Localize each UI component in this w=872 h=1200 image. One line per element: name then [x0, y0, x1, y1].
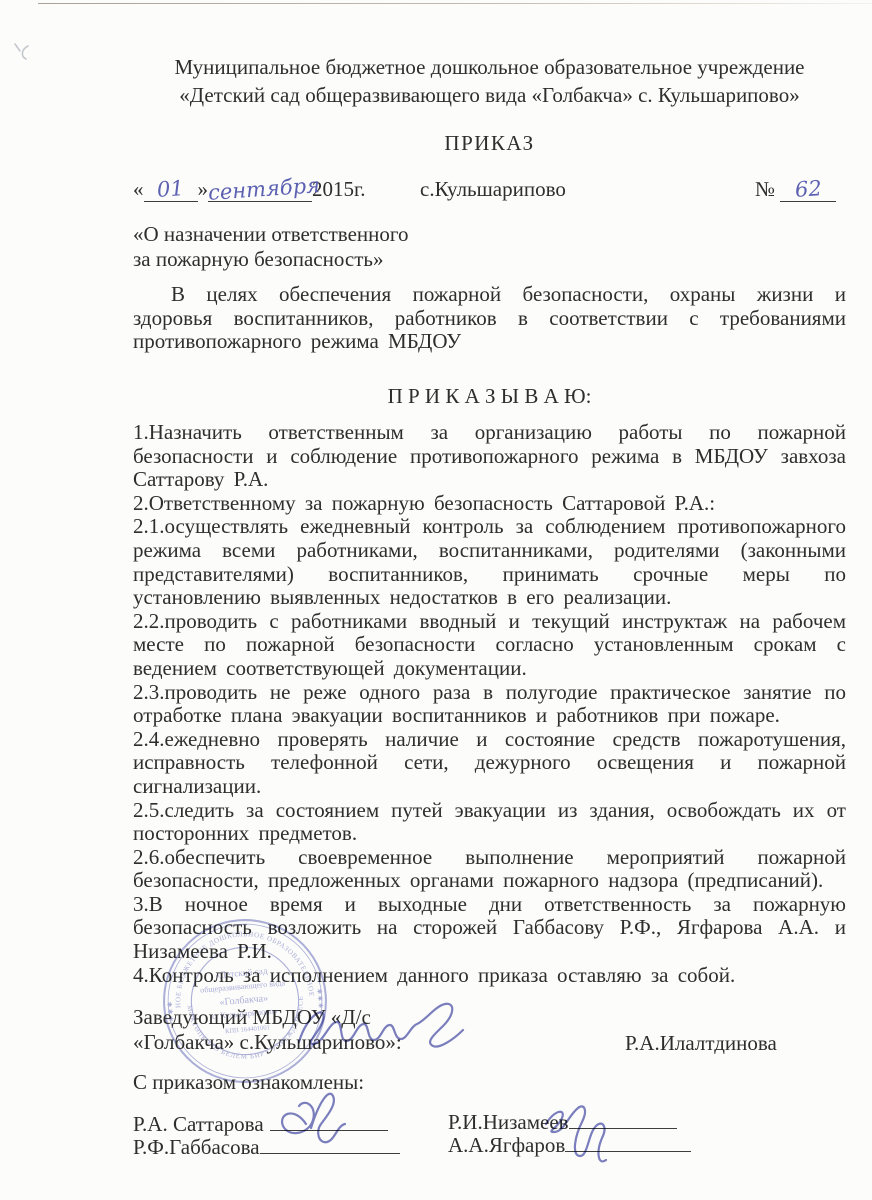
order-item-2: 2.Ответственному за пожарную безопасност…: [133, 492, 846, 516]
month-blank: сентября: [208, 177, 312, 202]
scanned-order-page: Муниципальное бюджетное дошкольное образ…: [0, 0, 872, 1200]
order-subject: «О назначении ответственного за пожарную…: [133, 222, 846, 271]
scan-edge-line: [38, 3, 872, 4]
order-items: 1.Назначить ответственным за организацию…: [133, 421, 846, 987]
seal-center-line1: «Детский сад: [215, 966, 268, 981]
order-item-1: 1.Назначить ответственным за организацию…: [133, 421, 846, 492]
date-field: «01»сентября2015г.: [133, 177, 366, 202]
org-name-line2: «Детский сад общеразвивающего вида «Голб…: [133, 82, 846, 110]
order-item-2-1: 2.1.осуществлять ежедневный контроль за …: [133, 515, 846, 609]
order-item-2-3: 2.3.проводить не реже одного раза в полу…: [133, 681, 846, 728]
order-number-field: № 62: [755, 177, 836, 202]
signing-block: Заведующий МБДОУ «Д/с «Голбакча» с.Кульш…: [133, 1005, 846, 1055]
order-item-2-5: 2.5.следить за состоянием путей эвакуаци…: [133, 799, 846, 846]
order-item-2-2: 2.2.проводить с работниками вводный и те…: [133, 610, 846, 681]
handwritten-month: сентября: [207, 173, 320, 205]
day-blank: 01: [144, 177, 198, 202]
yagfarov-signature: [538, 1096, 630, 1172]
place-name: с.Кульшарипово: [420, 177, 566, 202]
number-blank: 62: [780, 177, 836, 202]
decree-word: П Р И К А З Ы В А Ю:: [133, 384, 846, 409]
number-sign: №: [755, 177, 775, 201]
org-name-line1: Муниципальное бюджетное дошкольное образ…: [133, 54, 846, 82]
ack-row-gabbasova: Р.Ф.Габбасова: [133, 1133, 400, 1160]
sattarova-signature: [274, 1086, 358, 1148]
ack-name-gabbasova: Р.Ф.Габбасова: [133, 1135, 260, 1159]
subject-line2: за пожарную безопасность»: [133, 247, 846, 272]
scan-artifact-mark: [12, 42, 38, 64]
handwritten-day: 01: [156, 176, 184, 202]
intro-paragraph: В целях обеспечения пожарной безопасност…: [133, 283, 846, 354]
org-header: Муниципальное бюджетное дошкольное образ…: [133, 54, 846, 109]
seal-center-line2: общеразвивающего вида: [200, 978, 286, 994]
order-item-2-6: 2.6.обеспечить своевременное выполнение …: [133, 846, 846, 893]
date-row: «01»сентября2015г. с.Кульшарипово № 62: [133, 177, 846, 209]
handwritten-number: 62: [794, 176, 822, 202]
director-name: Р.А.Илалтдинова: [625, 1031, 777, 1056]
director-signature: [293, 998, 479, 1054]
open-quote: «: [133, 177, 144, 201]
order-item-2-4: 2.4.ежедневно проверять наличие и состоя…: [133, 728, 846, 799]
director-position-line1: Заведующий МБДОУ «Д/с: [133, 1005, 846, 1030]
subject-line1: «О назначении ответственного: [133, 222, 846, 247]
order-title: ПРИКАЗ: [133, 131, 846, 156]
